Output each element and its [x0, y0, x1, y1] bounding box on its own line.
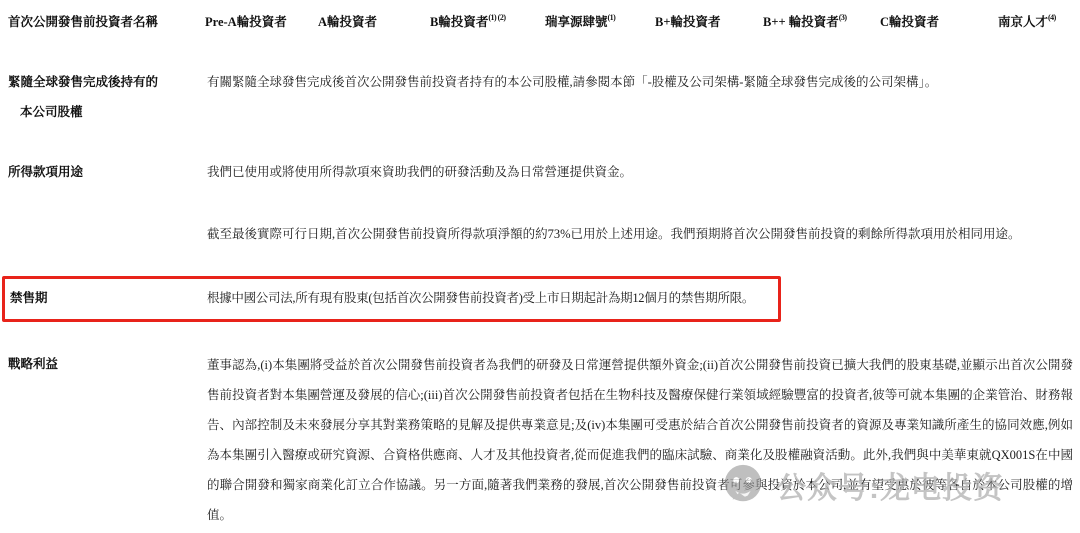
- row-content-use-of-proceeds-p2: 截至最後實際可行日期,首次公開發售前投資所得款項淨額的約73%已用於上述用途。我…: [207, 224, 1073, 244]
- column-header-ruixiangyuan: 瑞享源肆號(1): [545, 12, 615, 30]
- column-header-nanjing-talent: 南京人才(4): [998, 12, 1056, 30]
- column-header-c-round: C輪投資者: [880, 12, 939, 30]
- row-label-shareholding-line2: 本公司股權: [20, 102, 83, 120]
- prospectus-page: 首次公開發售前投資者名稱 Pre-A輪投資者 A輪投資者 B輪投資者(1) (2…: [0, 0, 1080, 533]
- column-label: 南京人才: [998, 15, 1048, 29]
- column-label: B輪投資者: [430, 15, 488, 29]
- column-label: B+輪投資者: [655, 15, 720, 29]
- footnote-sup: (4): [1048, 13, 1056, 22]
- row-label-use-of-proceeds: 所得款項用途: [8, 162, 83, 180]
- footnote-sup: (3): [839, 13, 847, 22]
- column-label: C輪投資者: [880, 15, 939, 29]
- column-header-b-plus-plus-round: B++ 輪投資者(3): [763, 12, 847, 30]
- row-label-lockup: 禁售期: [10, 288, 48, 306]
- column-label: 瑞享源肆號: [545, 15, 608, 29]
- column-header-b-round: B輪投資者(1) (2): [430, 12, 506, 30]
- column-header-a-round: A輪投資者: [318, 12, 377, 30]
- row-content-shareholding: 有關緊隨全球發售完成後首次公開發售前投資者持有的本公司股權,請參閱本節「-股權及…: [207, 72, 1073, 92]
- row-content-lockup: 根據中國公司法,所有現有股東(包括首次公開發售前投資者)受上市日期起計為期12個…: [207, 288, 754, 308]
- column-label: B++ 輪投資者: [763, 15, 839, 29]
- row-content-use-of-proceeds-p1: 我們已使用或將使用所得款項來資助我們的研發活動及為日常營運提供資金。: [207, 162, 1073, 182]
- column-header-b-plus-round: B+輪投資者: [655, 12, 720, 30]
- column-header-pre-a-round: Pre-A輪投資者: [205, 12, 287, 30]
- column-header-investor-name: 首次公開發售前投資者名稱: [8, 12, 158, 30]
- footnote-sup: (1) (2): [488, 13, 505, 22]
- column-label: Pre-A輪投資者: [205, 15, 287, 29]
- column-label: A輪投資者: [318, 15, 377, 29]
- row-label-strategic-benefits: 戰略利益: [8, 354, 58, 372]
- footnote-sup: (1): [608, 13, 616, 22]
- row-label-shareholding: 緊隨全球發售完成後持有的: [8, 72, 158, 90]
- row-content-strategic-benefits: 董事認為,(i)本集團將受益於首次公開發售前投資者為我們的研發及日常運營提供額外…: [207, 350, 1073, 530]
